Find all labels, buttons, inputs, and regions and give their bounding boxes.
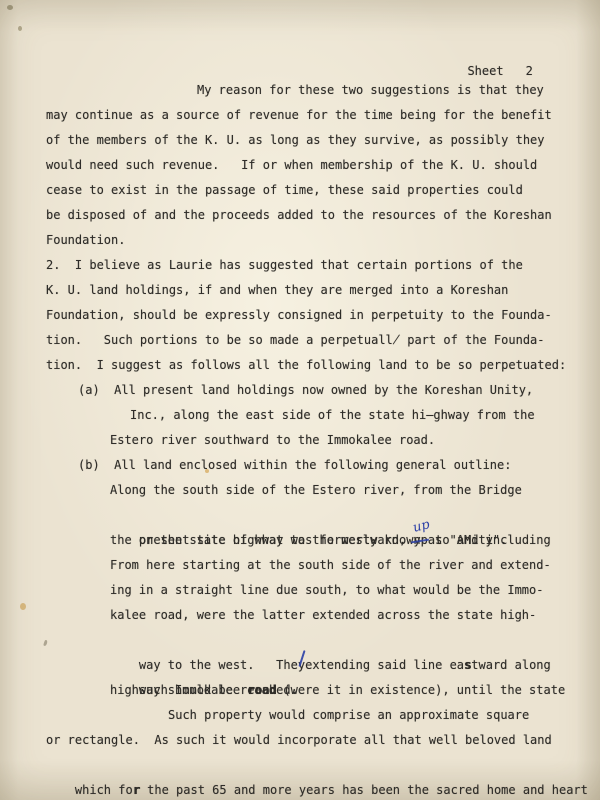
typed-line: My reason for these two suggestions is t… bbox=[46, 78, 586, 103]
overtyped-letter: r bbox=[133, 783, 140, 797]
typed-line-with-overstrike: tion. Such portions to be so made a perp… bbox=[46, 328, 586, 353]
ink-slash-mark: y bbox=[298, 653, 305, 678]
paper-stain bbox=[7, 5, 13, 10]
page-number: 2 bbox=[526, 64, 533, 78]
typed-text: tward along bbox=[471, 658, 550, 672]
typed-line: Such property would comprise an approxim… bbox=[46, 703, 586, 728]
typed-line: Along the south side of the Estero river… bbox=[46, 478, 586, 503]
typed-line: Foundation. bbox=[46, 228, 586, 253]
typed-line: tion. I suggest as follows all the follo… bbox=[46, 353, 586, 378]
typed-line: Estero river southward to the Immokalee … bbox=[46, 428, 586, 453]
typed-line: may continue as a source of revenue for … bbox=[46, 103, 586, 128]
paper-stain bbox=[20, 603, 26, 610]
typed-text: way to the west. The bbox=[139, 658, 298, 672]
paper-stain bbox=[18, 26, 22, 31]
typed-line: would need such revenue. If or when memb… bbox=[46, 153, 586, 178]
typed-line-with-ink-correction: on the state highway to the westward, up… bbox=[46, 503, 586, 528]
typed-line-with-ink-slash: way to the west. Theyextending said line… bbox=[46, 628, 586, 653]
typed-line: cease to exist in the passage of time, t… bbox=[46, 178, 586, 203]
typed-line: of the members of the K. U. as long as t… bbox=[46, 128, 586, 153]
struck-out-text: yp bbox=[413, 528, 427, 553]
typed-line-item-b: (b) All land enclosed within the followi… bbox=[46, 453, 586, 478]
typed-text: extending said line ea bbox=[305, 658, 464, 672]
typed-line: Foundation, should be expressly consigne… bbox=[46, 303, 586, 328]
typed-text: (were it in existence), until the state bbox=[276, 683, 565, 697]
typed-text: the past 65 and more years has been the … bbox=[140, 783, 588, 797]
ink-correction: upyp bbox=[413, 528, 427, 553]
typed-line: kalee road, were the latter extended acr… bbox=[46, 603, 586, 628]
typed-line: the present site of what was formerly kn… bbox=[46, 528, 586, 553]
sheet-header: Sheet2 bbox=[453, 50, 533, 78]
sheet-label: Sheet bbox=[467, 64, 503, 78]
typed-body: My reason for these two suggestions is t… bbox=[46, 78, 586, 778]
typed-line: or rectangle. As such it would incorpora… bbox=[46, 728, 586, 753]
typed-line: 2. I believe as Laurie has suggested tha… bbox=[46, 253, 586, 278]
typed-line: K. U. land holdings, if and when they ar… bbox=[46, 278, 586, 303]
typed-line: From here starting at the south side of … bbox=[46, 553, 586, 578]
typed-text: which fo bbox=[75, 783, 133, 797]
typed-line-item-a: (a) All present land holdings now owned … bbox=[46, 378, 586, 403]
typed-line: be disposed of and the proceeds added to… bbox=[46, 203, 586, 228]
typed-line: ing in a straight line due south, to wha… bbox=[46, 578, 586, 603]
typed-line: Inc., along the east side of the state h… bbox=[46, 403, 586, 428]
typed-line-with-overtype: which for the past 65 and more years has… bbox=[46, 753, 586, 778]
